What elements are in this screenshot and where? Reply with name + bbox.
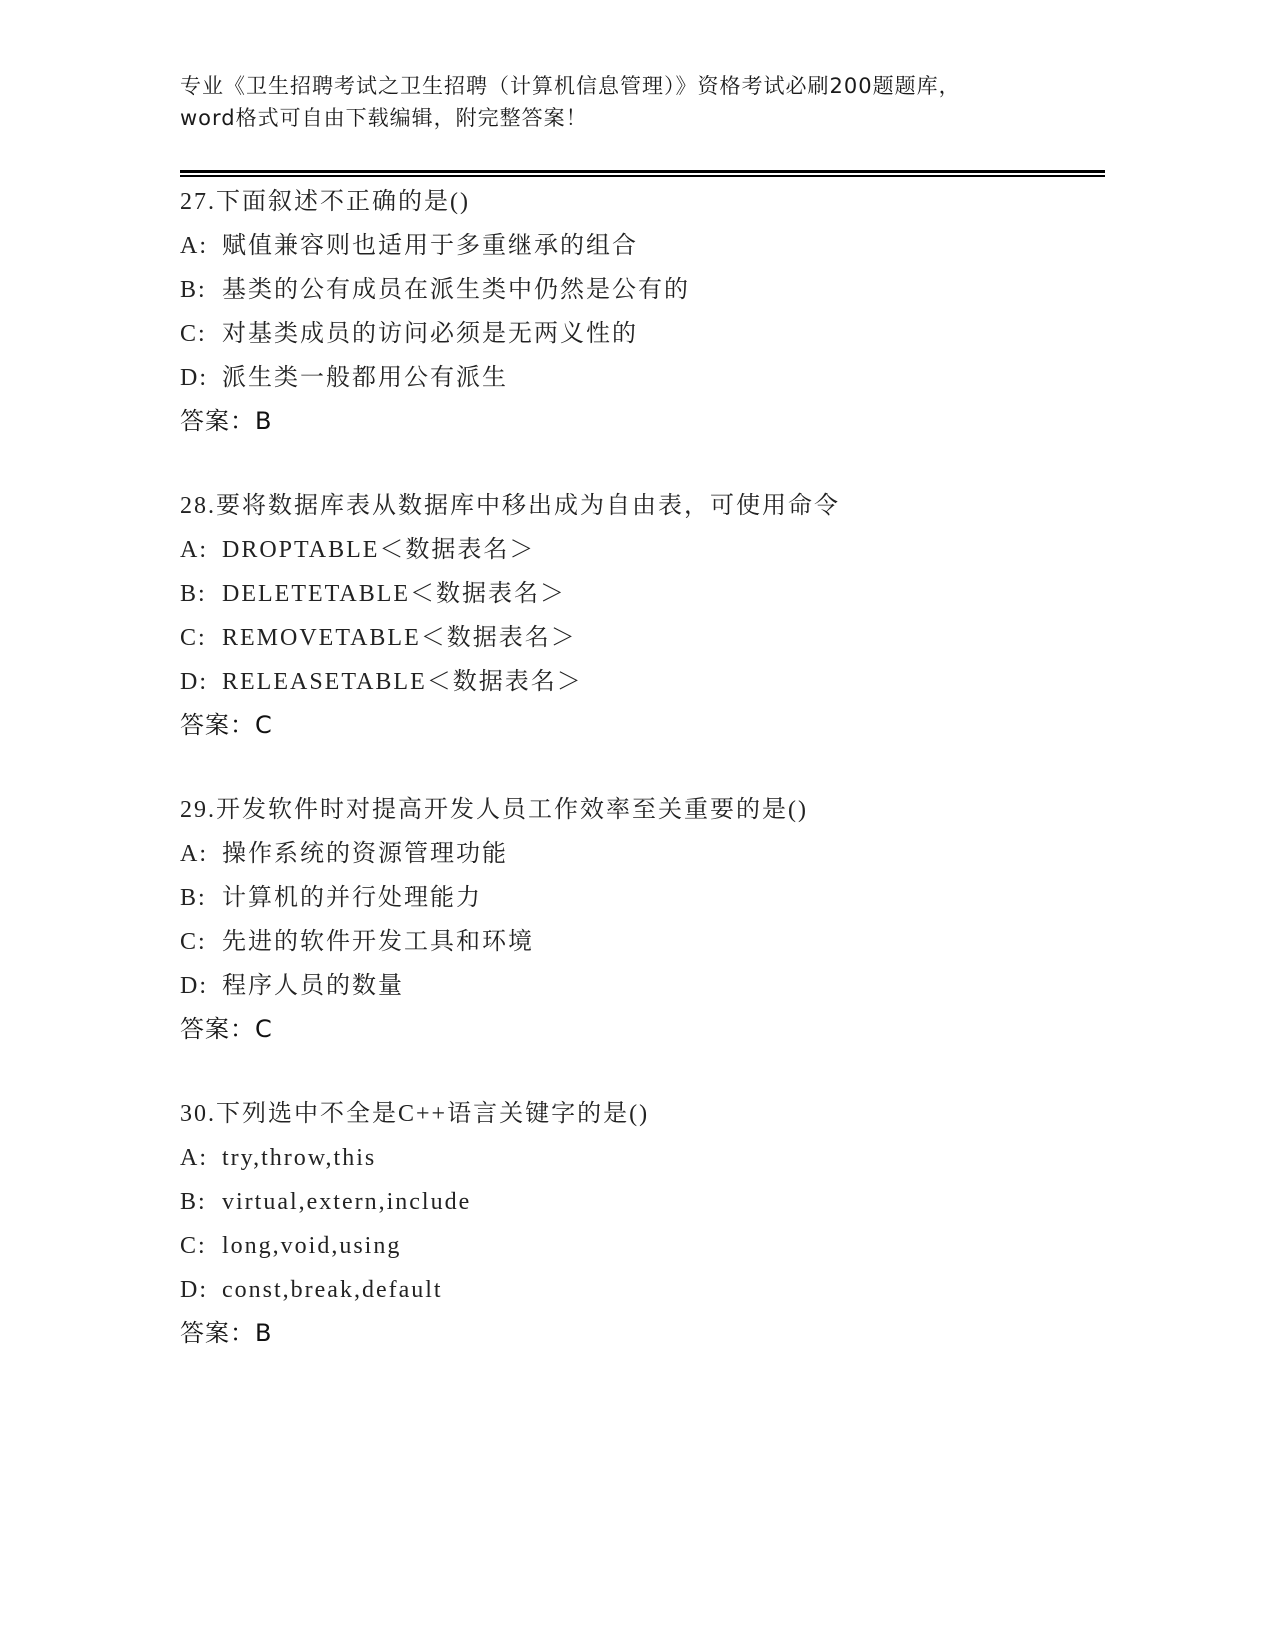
option-text: try,throw,this — [222, 1145, 376, 1171]
option-text: 操作系统的资源管理功能 — [222, 841, 508, 867]
option-a: A:try,throw,this — [180, 1136, 1110, 1180]
option-text: const,break,default — [222, 1277, 443, 1303]
question-number: 30. — [180, 1101, 216, 1127]
option-text: 派生类一般都用公有派生 — [222, 365, 508, 391]
option-label: A: — [180, 832, 222, 876]
option-text: REMOVETABLE＜数据表名＞ — [222, 625, 577, 651]
question-stem: 29.开发软件时对提高开发人员工作效率至关重要的是() — [180, 788, 1110, 832]
option-label: A: — [180, 528, 222, 572]
header-line-2: word格式可自由下载编辑，附完整答案！ — [180, 102, 1110, 134]
option-label: B: — [180, 572, 222, 616]
header-divider-thick — [180, 170, 1105, 173]
question-stem: 27.下面叙述不正确的是() — [180, 180, 1110, 224]
question-number: 27. — [180, 189, 216, 215]
answer: 答案：B — [180, 400, 1110, 442]
option-text: long,void,using — [222, 1233, 401, 1259]
answer: 答案：C — [180, 704, 1110, 746]
option-label: B: — [180, 876, 222, 920]
option-text: 基类的公有成员在派生类中仍然是公有的 — [222, 277, 690, 303]
option-b: B:virtual,extern,include — [180, 1180, 1110, 1224]
option-d: D:RELEASETABLE＜数据表名＞ — [180, 660, 1110, 704]
answer: 答案：C — [180, 1008, 1110, 1050]
document-page: 专业《卫生招聘考试之卫生招聘（计算机信息管理）》资格考试必刷200题题库， wo… — [0, 0, 1275, 1650]
question-number: 28. — [180, 493, 216, 519]
question-stem: 28.要将数据库表从数据库中移出成为自由表，可使用命令 — [180, 484, 1110, 528]
option-text: 对基类成员的访问必须是无两义性的 — [222, 321, 638, 347]
question-number: 29. — [180, 797, 216, 823]
option-label: C: — [180, 312, 222, 356]
option-label: A: — [180, 224, 222, 268]
option-a: A:赋值兼容则也适用于多重继承的组合 — [180, 224, 1110, 268]
header-line-1: 专业《卫生招聘考试之卫生招聘（计算机信息管理）》资格考试必刷200题题库， — [180, 70, 1110, 102]
question-list: 27.下面叙述不正确的是() A:赋值兼容则也适用于多重继承的组合 B:基类的公… — [180, 180, 1110, 1396]
option-c: C:REMOVETABLE＜数据表名＞ — [180, 616, 1110, 660]
question-text: 开发软件时对提高开发人员工作效率至关重要的是() — [216, 797, 808, 823]
option-text: 赋值兼容则也适用于多重继承的组合 — [222, 233, 638, 259]
option-c: C:对基类成员的访问必须是无两义性的 — [180, 312, 1110, 356]
option-text: 计算机的并行处理能力 — [222, 885, 482, 911]
option-label: C: — [180, 920, 222, 964]
option-a: A:操作系统的资源管理功能 — [180, 832, 1110, 876]
question-27: 27.下面叙述不正确的是() A:赋值兼容则也适用于多重继承的组合 B:基类的公… — [180, 180, 1110, 442]
option-label: D: — [180, 660, 222, 704]
question-29: 29.开发软件时对提高开发人员工作效率至关重要的是() A:操作系统的资源管理功… — [180, 788, 1110, 1050]
option-text: RELEASETABLE＜数据表名＞ — [222, 669, 583, 695]
option-label: D: — [180, 1268, 222, 1312]
option-text: 程序人员的数量 — [222, 973, 404, 999]
option-b: B:DELETETABLE＜数据表名＞ — [180, 572, 1110, 616]
option-c: C:long,void,using — [180, 1224, 1110, 1268]
option-label: B: — [180, 268, 222, 312]
option-c: C:先进的软件开发工具和环境 — [180, 920, 1110, 964]
option-label: D: — [180, 964, 222, 1008]
option-label: C: — [180, 1224, 222, 1268]
question-text: 下列选中不全是C++语言关键字的是() — [216, 1101, 649, 1127]
question-30: 30.下列选中不全是C++语言关键字的是() A:try,throw,this … — [180, 1092, 1110, 1354]
option-b: B:基类的公有成员在派生类中仍然是公有的 — [180, 268, 1110, 312]
option-label: B: — [180, 1180, 222, 1224]
option-text: DELETETABLE＜数据表名＞ — [222, 581, 566, 607]
header-divider-thin — [180, 175, 1105, 177]
option-d: D:const,break,default — [180, 1268, 1110, 1312]
question-28: 28.要将数据库表从数据库中移出成为自由表，可使用命令 A:DROPTABLE＜… — [180, 484, 1110, 746]
option-label: C: — [180, 616, 222, 660]
option-d: D:派生类一般都用公有派生 — [180, 356, 1110, 400]
document-header: 专业《卫生招聘考试之卫生招聘（计算机信息管理）》资格考试必刷200题题库， wo… — [180, 70, 1110, 134]
option-label: A: — [180, 1136, 222, 1180]
option-a: A:DROPTABLE＜数据表名＞ — [180, 528, 1110, 572]
option-label: D: — [180, 356, 222, 400]
option-text: virtual,extern,include — [222, 1189, 471, 1215]
answer: 答案：B — [180, 1312, 1110, 1354]
question-text: 要将数据库表从数据库中移出成为自由表，可使用命令 — [216, 493, 840, 519]
option-d: D:程序人员的数量 — [180, 964, 1110, 1008]
question-stem: 30.下列选中不全是C++语言关键字的是() — [180, 1092, 1110, 1136]
option-b: B:计算机的并行处理能力 — [180, 876, 1110, 920]
option-text: DROPTABLE＜数据表名＞ — [222, 537, 535, 563]
question-text: 下面叙述不正确的是() — [216, 189, 470, 215]
option-text: 先进的软件开发工具和环境 — [222, 929, 534, 955]
